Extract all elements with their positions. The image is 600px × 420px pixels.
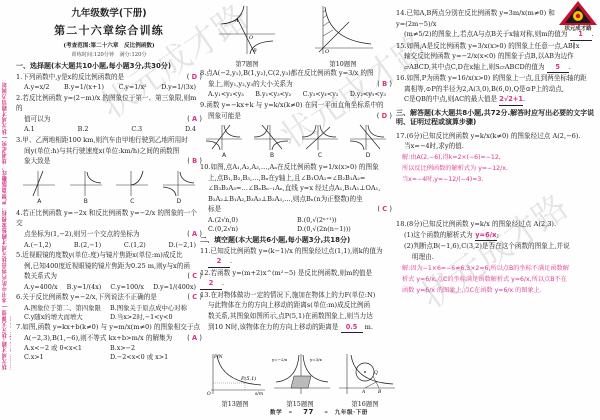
answer-blank: 2 [200,278,222,290]
question-17-solution: 解:由A(2,−6),得k=2×(−6)=−12, 所以反比例函数的解析式为 y… [396,152,596,185]
question-11: 11.已知反比例函数 y=(k−1)/x 的图象经过点(1,1),则k的值为 [200,246,392,257]
question-9-graphs: A B C D [200,123,392,160]
question-6: 6.关于反比例函数 y=−2/x,下列说法不正确的是 ( C ) [16,292,202,303]
question-8: 8.点A(−2,y₁),B(1,y₂),C(2,y₃)都在反比例函数 y=3/x… [200,68,392,79]
answer-blank: 0.5 [341,322,363,334]
svg-text:B: B [252,48,257,54]
answer-badge: ( D ) [377,111,392,122]
question-8-options: A.y₁<y₂<y₃B.y₁<y₃<y₂C.y₃<y₁<y₂D.y₂<y₁<y₃ [200,90,392,99]
graph-option-b: B [66,169,106,206]
svg-text:O: O [325,49,329,55]
svg-text:F/N: F/N [213,354,224,360]
bottom-figures: P(5,1) F/N s/m O 第13题图 y=−2/x y=3/x 第15题… [205,352,395,408]
figure-16: A B Q 第16题图 [335,352,395,408]
question-10-options: A.(2√n,0)B.(0,√(2ⁿ⁺¹))C.(0,2√n)D.(0,√(2n… [200,216,392,233]
circle-hyperbola-figure: A B Q [335,352,397,396]
svg-text:O: O [207,391,211,396]
question-4-options: A.(−1,2)B.(2,−1)C.(1,2)D.(−2,1) [16,241,202,250]
figure-7: A B O 第7题图 [217,4,277,68]
graph-option-a: A [19,169,59,206]
question-2-options: A.1B.2C.3D.4 [16,125,202,134]
section-solve-heading: 三、解答题(本大题共8小题,共72分.解答时应写出必要的文字说明、证明过程或演算… [396,109,596,128]
question-18-solution: 解:因为−1×6=−6≠6,3×2=6,所以点B的坐标不满足函数解 析式 y=6… [396,263,596,296]
answer-badge: ( C ) [377,204,392,215]
column-left: 九年级数学(下册) 第二十六章综合训练 (考查范围:第二十六章 反比例函数) 训… [16,0,202,363]
question-14: 14.已知A,B两点分别在反比例函数 y=3m/x(m≠0) 和 y=(2m−5… [396,8,596,29]
graph-option-b: B [252,123,292,160]
question-6-options: A.图象位于第二、第四象限B.图象关于原点成中心对称C.y随x的增大而增大D.当… [16,304,202,321]
question-3: 3.甲、乙两地相距100 km,则汽车由甲地行驶到乙地所用时 [16,135,202,146]
question-3-graphs: A B C D [16,169,202,206]
question-18: 18.(8分)已知反比例函数 y=k/x 的图象经过点 A(2,3). [396,219,596,230]
footer-grade: 九年级·下册 [335,410,368,416]
section-fill-heading: 二、填空题(本大题共6小题,每小题3分,共18分) [200,236,392,245]
svg-text:Q: Q [374,370,378,376]
staircase-hyperbola-figure: O [311,4,375,56]
svg-text:B: B [377,389,382,395]
question-1: 1.下列函数中,y是x的反比例函数的是 ( D ) [16,72,202,83]
figure-13: P(5,1) F/N s/m O 第13题图 [205,352,265,408]
question-5: 5.近视眼镜的度数y(单位:度)与镜片焦距x(单位:m)成反比 [16,250,202,261]
answer-blank: 2 [208,256,230,268]
footer-subject: 数学 [270,410,282,416]
answer-badge: ( A ) [187,333,202,344]
question-10: 10.如图,点A₁,A₂,A₃,…,Aₙ在反比例函数 y=1/x(x>0) 的图… [200,162,392,173]
answer-blank: 1 [570,29,592,41]
graph-option-c: C [300,123,340,160]
hyperbola-line-figure: A B O [217,4,277,56]
page-number: 77 [303,408,314,416]
answer-blank: 5 [547,62,569,74]
column-right: 14.已知A,B两点分别在反比例函数 y=3m/x(m≠0) 和 y=(2m−5… [396,0,596,296]
question-13: 13.在对物体做功一定的情况下,施加在物体上的力F(单位:N) [200,290,392,301]
question-5-options: A.y=400/xB.y=1/(4x)C.y=100/xD.y=1/(400x) [16,283,202,292]
question-16: 16.如图,P为函数 y=16/x(x>0) 的图象上一点,且到两坐标轴的距 [396,73,596,84]
graph-option-c: C [112,169,152,206]
question-9: 9.函数 y=−kx+k 与 y=k/x(k≠0) 在同一平面直角坐标系中的 [200,100,392,111]
question-17: 17.(6分)已知反比例函数 y=k/x(k≠0) 的图象经过点 A(2,−6)… [396,131,596,142]
page-footer: 数学 – 77 – 九年级·下册 [270,408,368,418]
grade-title: 九年级数学(下册) [16,8,202,21]
svg-text:A: A [234,18,239,24]
answer-blank: 2√2+1 [499,94,523,106]
question-2: 2.若反比例函数 y=(2−m)/x 的图象位于第一、第三象限,则m的 [16,93,202,114]
sidebar-notice: 状元成才路·状元大课堂 | 本书中的内容由状元成才路独家授权，严禁盗版翻印，违者… [2,60,11,370]
answer-badge: ( B ) [377,79,392,90]
figure-10: O 第10题图 [311,4,375,68]
exam-scope: (考查范围:第二十六章 反比例函数) [16,43,202,51]
question-2-cont: 值可以为 ( A ) [16,114,202,125]
parallelogram-hyperbola-figure: y=−2/x y=3/x [270,352,332,396]
question-1-options: A.y=x/2B.y=1/(x+1)C.y=1/x²D.y=1/(3x) [16,83,202,92]
top-figures: A B O 第7题图 O 第10题图 [200,4,392,68]
question-4: 4.若正比例函数 y=−2x 和反比例函数 y=−2/x 的图象的一个交 [16,208,202,229]
section-choice-heading: 一、选择题(本大题共10小题,每小题3分,共30分) [16,62,202,71]
svg-text:s/m: s/m [255,391,263,396]
svg-text:A: A [361,389,366,395]
svg-text:y=−2/x: y=−2/x [271,357,288,362]
column-middle: A B O 第7题图 O 第10题图 [200,0,392,333]
question-7: 7.如图,函数 y=kx+b(k≠0) 与 y=m/x(m≠0) 的图象相交于点 [16,322,202,333]
svg-text:y=3/x: y=3/x [309,357,323,362]
figure-15: y=−2/x y=3/x 第15题图 [270,352,330,408]
svg-text:O: O [249,35,253,41]
force-distance-graph: P(5,1) F/N s/m O [205,352,267,396]
graph-option-d: D [348,123,388,160]
graph-option-d: D [159,169,199,206]
question-15: 15.如图,A是反比例函数 y=3/x(x>0) 的图象上任意一点,AB∥x [396,41,596,52]
svg-text:P(5,1): P(5,1) [240,375,256,382]
chapter-title: 第二十六章综合训练 [16,24,202,39]
graph-option-a: A [204,123,244,160]
question-12: 12.若函数 y=(m+2)x^(m²−5) 是反比例函数,则m的值是 2. [200,268,392,290]
question-7-options: A.x<−2 或 0<x<1B.x>−2C.x>1D.−2<x<0 或 x>1 [16,344,202,361]
answer-blank: y=6/x [475,230,497,242]
exam-timing: 训练时间:120分钟 满分:120分 [16,52,202,59]
exam-page: 状元成才路 状元成才路 状元成才路 状元成才路·状元大课堂 | 本书中的内容由状… [0,0,600,420]
